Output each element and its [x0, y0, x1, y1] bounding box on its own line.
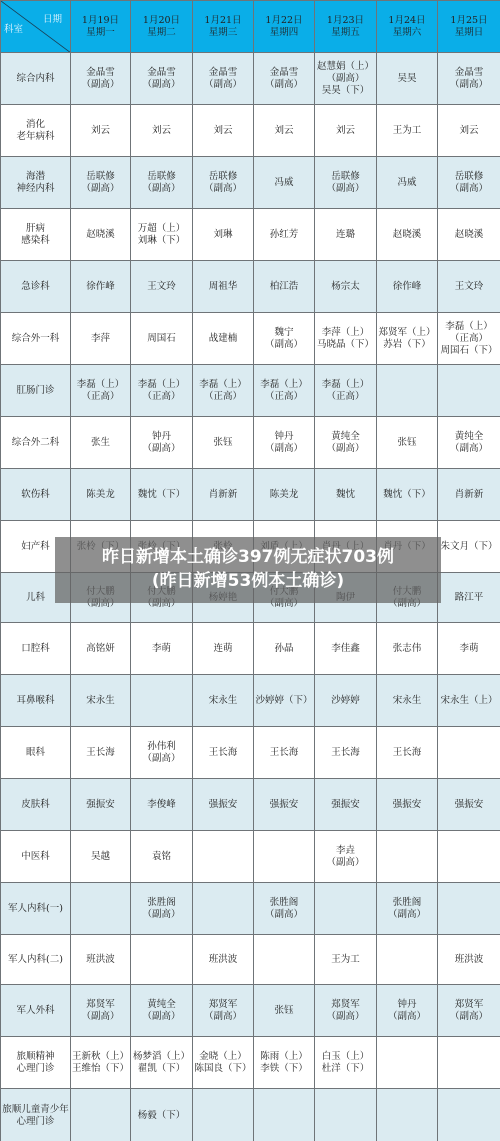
- doctor-cell: 岳联修 （副高）: [71, 157, 131, 209]
- doctor-cell: 王长海: [254, 727, 315, 779]
- doctor-cell: 刘云: [131, 105, 193, 157]
- table-row: 旅顺精神 心理门诊王新秋（上） 王维怡（下）杨梦滔（上） 翟凯（下）金晓（上） …: [1, 1037, 500, 1089]
- doctor-cell: 冯威: [377, 157, 438, 209]
- doctor-cell: 张钰: [254, 985, 315, 1037]
- doctor-cell: [71, 883, 131, 935]
- doctor-cell: 白玉（上） 杜洋（下）: [315, 1037, 377, 1089]
- doctor-cell: 陈美龙: [71, 469, 131, 521]
- doctor-cell: 孙晶: [254, 623, 315, 675]
- doctor-cell: [438, 727, 500, 779]
- doctor-cell: 李俊峰: [131, 779, 193, 831]
- doctor-cell: 杨梦滔（上） 翟凯（下）: [131, 1037, 193, 1089]
- doctor-cell: 强振安: [71, 779, 131, 831]
- doctor-cell: 宋永生: [377, 675, 438, 727]
- doctor-cell: 黄纯全 （副高）: [438, 417, 500, 469]
- department-cell: 旅顺儿童青少年 心理门诊: [1, 1089, 71, 1141]
- doctor-cell: 王长海: [71, 727, 131, 779]
- doctor-cell: 金晶雪 （副高）: [71, 53, 131, 105]
- doctor-cell: 金晶雪 （副高）: [193, 53, 254, 105]
- doctor-cell: [377, 1089, 438, 1141]
- department-cell: 综合内科: [1, 53, 71, 105]
- doctor-cell: 李磊（上） （正高） 周国石（下）: [438, 313, 500, 365]
- doctor-cell: 赵晓溪: [438, 209, 500, 261]
- doctor-cell: 李萍: [71, 313, 131, 365]
- doctor-cell: 王长海: [315, 727, 377, 779]
- doctor-cell: 刘琳: [193, 209, 254, 261]
- doctor-cell: 魏宁 （副高）: [254, 313, 315, 365]
- table-row: 肛肠门诊李磊（上） （正高）李磊（上） （正高）李磊（上） （正高）李磊（上） …: [1, 365, 500, 417]
- doctor-cell: 李磊（上） （正高）: [131, 365, 193, 417]
- department-cell: 综合外一科: [1, 313, 71, 365]
- department-cell: 肝病 感染科: [1, 209, 71, 261]
- department-cell: 耳鼻喉科: [1, 675, 71, 727]
- doctor-cell: 张胜阁 （副高）: [254, 883, 315, 935]
- doctor-cell: 万超（上） 刘琳（下）: [131, 209, 193, 261]
- doctor-cell: [315, 883, 377, 935]
- doctor-cell: 岳联修 （副高）: [131, 157, 193, 209]
- doctor-cell: 宋永生: [193, 675, 254, 727]
- doctor-cell: [254, 1089, 315, 1141]
- doctor-cell: 孙伟利 （副高）: [131, 727, 193, 779]
- doctor-cell: 李磊（上） （正高）: [193, 365, 254, 417]
- headline-line-2: (昨日新增53例本土确诊): [55, 569, 441, 593]
- doctor-cell: 强振安: [315, 779, 377, 831]
- doctor-cell: 肖新新: [438, 469, 500, 521]
- doctor-cell: 赵慧娟（上） （副高） 吴昊（下）: [315, 53, 377, 105]
- doctor-cell: [193, 1089, 254, 1141]
- doctor-cell: [315, 1089, 377, 1141]
- doctor-cell: 李磊（上） （正高）: [71, 365, 131, 417]
- doctor-cell: 李萍（上） 马晓晶（下）: [315, 313, 377, 365]
- doctor-cell: 刘云: [193, 105, 254, 157]
- doctor-cell: 战建楠: [193, 313, 254, 365]
- doctor-cell: [438, 883, 500, 935]
- day-header: 1月24日星期六: [377, 1, 438, 53]
- doctor-cell: 魏忱（下）: [377, 469, 438, 521]
- doctor-cell: 岳联修 （副高）: [315, 157, 377, 209]
- table-row: 耳鼻喉科宋永生宋永生沙婷婷（下）沙婷婷宋永生宋永生（上）: [1, 675, 500, 727]
- doctor-cell: 郑贤军 （副高）: [438, 985, 500, 1037]
- doctor-cell: [193, 883, 254, 935]
- department-cell: 眼科: [1, 727, 71, 779]
- department-cell: 军人内科(二): [1, 935, 71, 985]
- doctor-cell: 金晓（上） 陈国良（下）: [193, 1037, 254, 1089]
- corner-header-cell: 日期 科室: [1, 1, 71, 53]
- department-cell: 急诊科: [1, 261, 71, 313]
- doctor-cell: [254, 831, 315, 883]
- doctor-cell: [131, 935, 193, 985]
- doctor-cell: 刘云: [315, 105, 377, 157]
- doctor-cell: 柏江浩: [254, 261, 315, 313]
- doctor-cell: 张钰: [377, 417, 438, 469]
- doctor-cell: 肖新新: [193, 469, 254, 521]
- doctor-cell: 黄纯全 （副高）: [315, 417, 377, 469]
- doctor-cell: 张钰: [193, 417, 254, 469]
- department-cell: 综合外二科: [1, 417, 71, 469]
- doctor-cell: 班洪波: [193, 935, 254, 985]
- table-row: 旅顺儿童青少年 心理门诊杨毅（下）: [1, 1089, 500, 1141]
- doctor-cell: 张生: [71, 417, 131, 469]
- doctor-cell: 王长海: [193, 727, 254, 779]
- doctor-cell: 班洪波: [71, 935, 131, 985]
- doctor-cell: 赵晓溪: [377, 209, 438, 261]
- headline-line-1: 昨日新增本土确诊397例无症状703例: [55, 545, 441, 569]
- table-row: 综合内科金晶雪 （副高）金晶雪 （副高）金晶雪 （副高）金晶雪 （副高）赵慧娟（…: [1, 53, 500, 105]
- table-row: 中医科吴越袁铭李垚 （副高）: [1, 831, 500, 883]
- doctor-cell: 李佳鑫: [315, 623, 377, 675]
- doctor-cell: 陈雨（上） 李铁（下）: [254, 1037, 315, 1089]
- table-row: 军人外科郑贤军 （副高）黄纯全 （副高）郑贤军 （副高）张钰郑贤军 （副高）钟丹…: [1, 985, 500, 1037]
- department-cell: 军人外科: [1, 985, 71, 1037]
- doctor-cell: 沙婷婷（下）: [254, 675, 315, 727]
- doctor-cell: 郑贤军（上） 苏岩（下）: [377, 313, 438, 365]
- doctor-cell: 刘云: [254, 105, 315, 157]
- doctor-cell: 刘云: [438, 105, 500, 157]
- doctor-cell: 王新秋（上） 王维怡（下）: [71, 1037, 131, 1089]
- day-header: 1月22日星期四: [254, 1, 315, 53]
- table-row: 软伤科陈美龙魏忱（下）肖新新陈美龙魏忱魏忱（下）肖新新: [1, 469, 500, 521]
- doctor-cell: 金晶雪 （副高）: [438, 53, 500, 105]
- department-cell: 皮肤科: [1, 779, 71, 831]
- doctor-cell: [438, 1037, 500, 1089]
- doctor-cell: 班洪波: [438, 935, 500, 985]
- doctor-cell: 刘云: [71, 105, 131, 157]
- doctor-cell: 杨毅（下）: [131, 1089, 193, 1141]
- doctor-cell: 岳联修 （副高）: [193, 157, 254, 209]
- doctor-cell: 朱文月（下）: [438, 521, 500, 573]
- doctor-cell: 王文玲: [131, 261, 193, 313]
- doctor-cell: 强振安: [377, 779, 438, 831]
- doctor-cell: 强振安: [193, 779, 254, 831]
- table-row: 皮肤科强振安李俊峰强振安强振安强振安强振安强振安: [1, 779, 500, 831]
- news-headline-banner: 昨日新增本土确诊397例无症状703例 (昨日新增53例本土确诊): [55, 537, 441, 603]
- doctor-cell: 李萌: [438, 623, 500, 675]
- doctor-cell: 陈美龙: [254, 469, 315, 521]
- date-axis-label: 日期: [43, 14, 62, 26]
- doctor-cell: 冯威: [254, 157, 315, 209]
- doctor-cell: [377, 1037, 438, 1089]
- doctor-cell: 高铭妍: [71, 623, 131, 675]
- doctor-cell: 袁铭: [131, 831, 193, 883]
- doctor-cell: 连萌: [193, 623, 254, 675]
- doctor-cell: [438, 365, 500, 417]
- table-row: 口腔科高铭妍李萌连萌孙晶李佳鑫张志伟李萌: [1, 623, 500, 675]
- doctor-cell: 李磊（上） （正高）: [254, 365, 315, 417]
- doctor-cell: [438, 1089, 500, 1141]
- doctor-cell: 李磊（上） （正高）: [315, 365, 377, 417]
- doctor-cell: 黄纯全 （副高）: [131, 985, 193, 1037]
- doctor-cell: 周祖华: [193, 261, 254, 313]
- day-header: 1月19日星期一: [71, 1, 131, 53]
- header-row: 日期 科室 1月19日星期一 1月20日星期二 1月21日星期三 1月22日星期…: [1, 1, 500, 53]
- doctor-cell: 岳联修 （副高）: [438, 157, 500, 209]
- doctor-cell: 吴昊: [377, 53, 438, 105]
- doctor-cell: [377, 365, 438, 417]
- table-row: 急诊科徐作峰王文玲周祖华柏江浩杨宗太徐作峰王文玲: [1, 261, 500, 313]
- doctor-cell: 魏忱: [315, 469, 377, 521]
- doctor-cell: 吴越: [71, 831, 131, 883]
- doctor-cell: 宋永生（上）: [438, 675, 500, 727]
- doctor-cell: 张胜阁 （副高）: [377, 883, 438, 935]
- doctor-cell: 王文玲: [438, 261, 500, 313]
- doctor-cell: 宋永生: [71, 675, 131, 727]
- department-cell: 旅顺精神 心理门诊: [1, 1037, 71, 1089]
- doctor-cell: 钟丹 （副高）: [377, 985, 438, 1037]
- department-axis-label: 科室: [4, 24, 23, 36]
- day-header: 1月21日星期三: [193, 1, 254, 53]
- day-header: 1月25日星期日: [438, 1, 500, 53]
- table-row: 军人内科(一)张胜阁 （副高）张胜阁 （副高）张胜阁 （副高）: [1, 883, 500, 935]
- doctor-cell: [377, 935, 438, 985]
- doctor-cell: 王为工: [377, 105, 438, 157]
- doctor-cell: 王长海: [377, 727, 438, 779]
- day-header: 1月23日星期五: [315, 1, 377, 53]
- table-row: 海潜 神经内科岳联修 （副高）岳联修 （副高）岳联修 （副高）冯威岳联修 （副高…: [1, 157, 500, 209]
- doctor-cell: 张志伟: [377, 623, 438, 675]
- doctor-cell: 魏忱（下）: [131, 469, 193, 521]
- doctor-cell: 赵晓溪: [71, 209, 131, 261]
- department-cell: 消化 老年病科: [1, 105, 71, 157]
- doctor-cell: 金晶雪 （副高）: [131, 53, 193, 105]
- doctor-cell: 钟丹 （副高）: [131, 417, 193, 469]
- doctor-cell: 强振安: [254, 779, 315, 831]
- doctor-cell: 郑贤军 （副高）: [315, 985, 377, 1037]
- doctor-cell: 路江平: [438, 573, 500, 623]
- doctor-cell: [377, 831, 438, 883]
- doctor-cell: [71, 1089, 131, 1141]
- table-row: 肝病 感染科赵晓溪万超（上） 刘琳（下）刘琳孙红芳连璐赵晓溪赵晓溪: [1, 209, 500, 261]
- department-cell: 海潜 神经内科: [1, 157, 71, 209]
- table-row: 眼科王长海孙伟利 （副高）王长海王长海王长海王长海: [1, 727, 500, 779]
- table-row: 消化 老年病科刘云刘云刘云刘云刘云王为工刘云: [1, 105, 500, 157]
- doctor-cell: [131, 675, 193, 727]
- doctor-cell: 钟丹 （副高）: [254, 417, 315, 469]
- doctor-cell: 周国石: [131, 313, 193, 365]
- doctor-cell: 李萌: [131, 623, 193, 675]
- doctor-cell: 杨宗太: [315, 261, 377, 313]
- doctor-cell: 金晶雪 （副高）: [254, 53, 315, 105]
- doctor-cell: 张胜阁 （副高）: [131, 883, 193, 935]
- department-cell: 中医科: [1, 831, 71, 883]
- doctor-cell: [438, 831, 500, 883]
- doctor-cell: 沙婷婷: [315, 675, 377, 727]
- doctor-cell: 连璐: [315, 209, 377, 261]
- table-row: 综合外二科张生钟丹 （副高）张钰钟丹 （副高）黄纯全 （副高）张钰黄纯全 （副高…: [1, 417, 500, 469]
- doctor-cell: 郑贤军 （副高）: [193, 985, 254, 1037]
- department-cell: 军人内科(一): [1, 883, 71, 935]
- table-row: 军人内科(二)班洪波班洪波王为工班洪波: [1, 935, 500, 985]
- doctor-cell: 王为工: [315, 935, 377, 985]
- department-cell: 口腔科: [1, 623, 71, 675]
- doctor-cell: [254, 935, 315, 985]
- doctor-cell: 强振安: [438, 779, 500, 831]
- doctor-cell: 郑贤军 （副高）: [71, 985, 131, 1037]
- doctor-cell: [193, 831, 254, 883]
- doctor-cell: 李垚 （副高）: [315, 831, 377, 883]
- doctor-cell: 徐作峰: [71, 261, 131, 313]
- table-row: 综合外一科李萍周国石战建楠魏宁 （副高）李萍（上） 马晓晶（下）郑贤军（上） 苏…: [1, 313, 500, 365]
- doctor-cell: 孙红芳: [254, 209, 315, 261]
- department-cell: 肛肠门诊: [1, 365, 71, 417]
- department-cell: 软伤科: [1, 469, 71, 521]
- doctor-cell: 徐作峰: [377, 261, 438, 313]
- day-header: 1月20日星期二: [131, 1, 193, 53]
